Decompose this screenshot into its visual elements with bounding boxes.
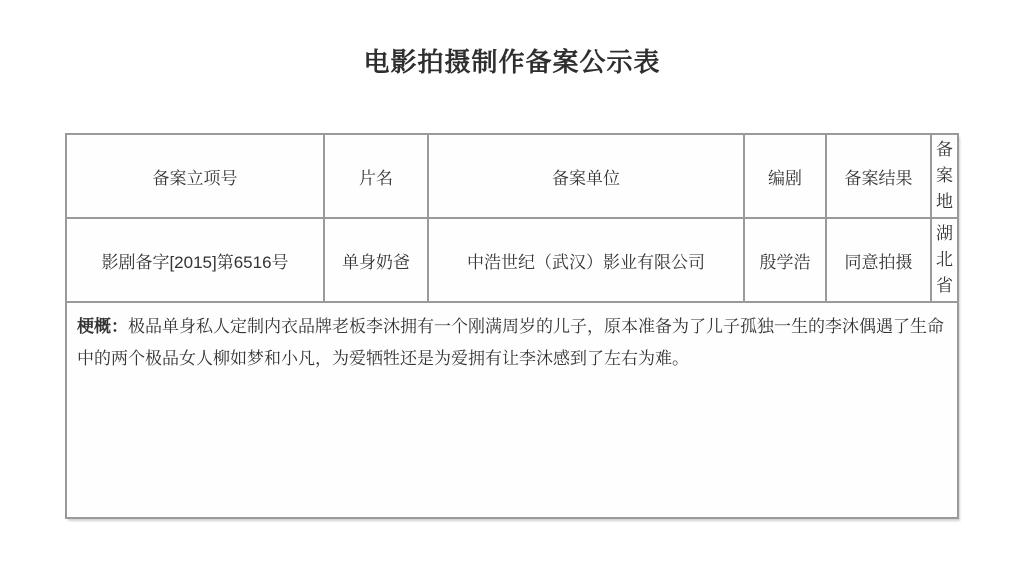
col-header-filing-number: 备案立项号 (66, 134, 324, 218)
cell-filing-result: 同意拍摄 (826, 218, 931, 302)
col-header-filing-result: 备案结果 (826, 134, 931, 218)
cell-screenwriter: 殷学浩 (744, 218, 826, 302)
page-title: 电影拍摄制作备案公示表 (0, 42, 1024, 79)
synopsis-text: 极品单身私人定制内衣品牌老板李沐拥有一个刚满周岁的儿子，原本准备为了儿子孤独一生… (77, 317, 944, 368)
col-header-filing-location: 备案地 (931, 134, 958, 218)
synopsis-cell: 梗概：极品单身私人定制内衣品牌老板李沐拥有一个刚满周岁的儿子，原本准备为了儿子孤… (66, 302, 958, 518)
cell-filing-number: 影剧备字[2015]第6516号 (66, 218, 324, 302)
col-header-filing-unit: 备案单位 (428, 134, 744, 218)
table-header-row: 备案立项号 片名 备案单位 编剧 备案结果 备案地 (66, 134, 958, 218)
cell-film-title: 单身奶爸 (324, 218, 428, 302)
cell-filing-unit: 中浩世纪（武汉）影业有限公司 (428, 218, 744, 302)
col-header-screenwriter: 编剧 (744, 134, 826, 218)
table-row: 影剧备字[2015]第6516号 单身奶爸 中浩世纪（武汉）影业有限公司 殷学浩… (66, 218, 958, 302)
filing-table: 备案立项号 片名 备案单位 编剧 备案结果 备案地 影剧备字[2015]第651… (65, 133, 959, 519)
cell-filing-location: 湖北省 (931, 218, 958, 302)
synopsis-label: 梗概： (77, 317, 128, 336)
col-header-film-title: 片名 (324, 134, 428, 218)
document-page: 电影拍摄制作备案公示表 备案立项号 片名 备案单位 编剧 备案结果 备案地 影剧… (0, 0, 1024, 577)
synopsis-row: 梗概：极品单身私人定制内衣品牌老板李沐拥有一个刚满周岁的儿子，原本准备为了儿子孤… (66, 302, 958, 518)
